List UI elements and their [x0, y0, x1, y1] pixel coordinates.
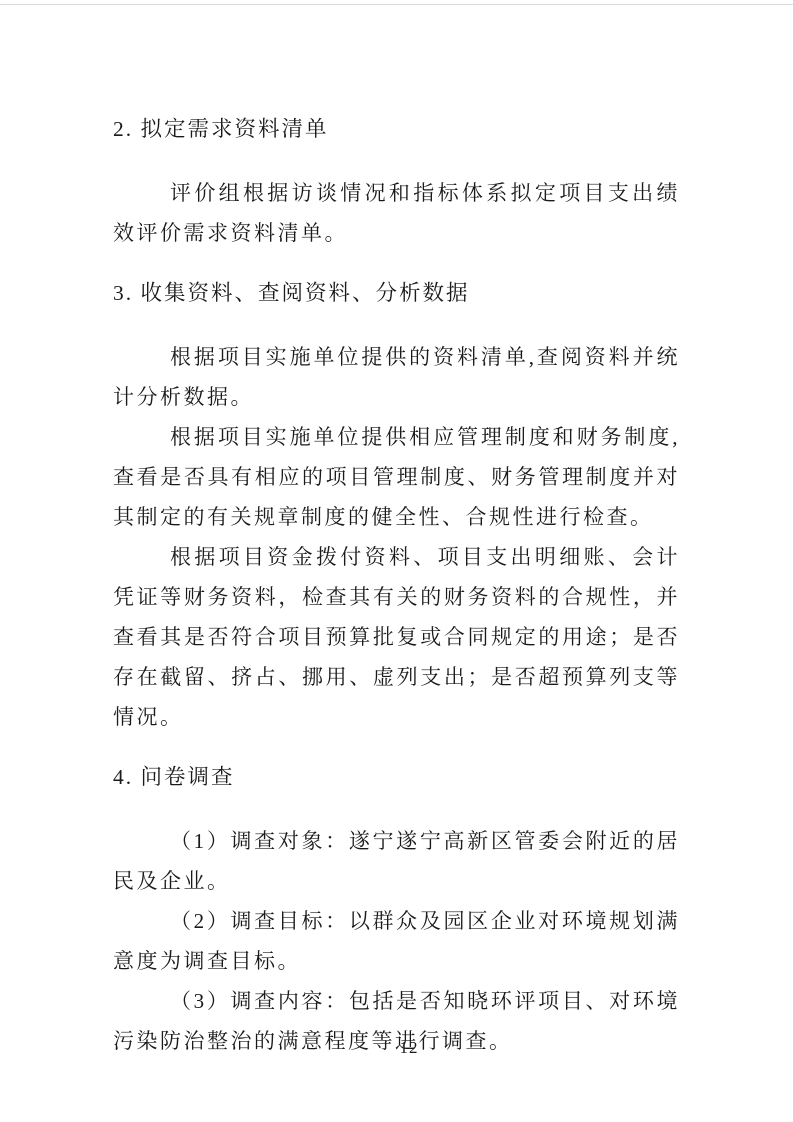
heading-2-draft-data-list: 2. 拟定需求资料清单: [113, 109, 680, 149]
document-page: 2. 拟定需求资料清单 评价组根据访谈情况和指标体系拟定项目支出绩效评价需求资料…: [0, 0, 793, 1122]
page-content: 2. 拟定需求资料清单 评价组根据访谈情况和指标体系拟定项目支出绩效评价需求资料…: [113, 0, 680, 1061]
paragraph-management-systems: 根据项目实施单位提供相应管理制度和财务制度,查看是否具有相应的项目管理制度、财务…: [113, 417, 680, 537]
heading-4-questionnaire: 4. 问卷调查: [113, 757, 680, 797]
page-number: 12: [0, 1038, 793, 1058]
paragraph-survey-goal: （2）调查目标：以群众及园区企业对环境规划满意度为调查目标。: [113, 901, 680, 981]
heading-3-collect-review-analyze: 3. 收集资料、查阅资料、分析数据: [113, 273, 680, 313]
paragraph-draft-data-list: 评价组根据访谈情况和指标体系拟定项目支出绩效评价需求资料清单。: [113, 173, 680, 253]
paragraph-review-data: 根据项目实施单位提供的资料清单,查阅资料并统计分析数据。: [113, 337, 680, 417]
paragraph-financial-compliance: 根据项目资金拨付资料、项目支出明细账、会计凭证等财务资料，检查其有关的财务资料的…: [113, 537, 680, 737]
paragraph-survey-target: （1）调查对象：遂宁遂宁高新区管委会附近的居民及企业。: [113, 821, 680, 901]
